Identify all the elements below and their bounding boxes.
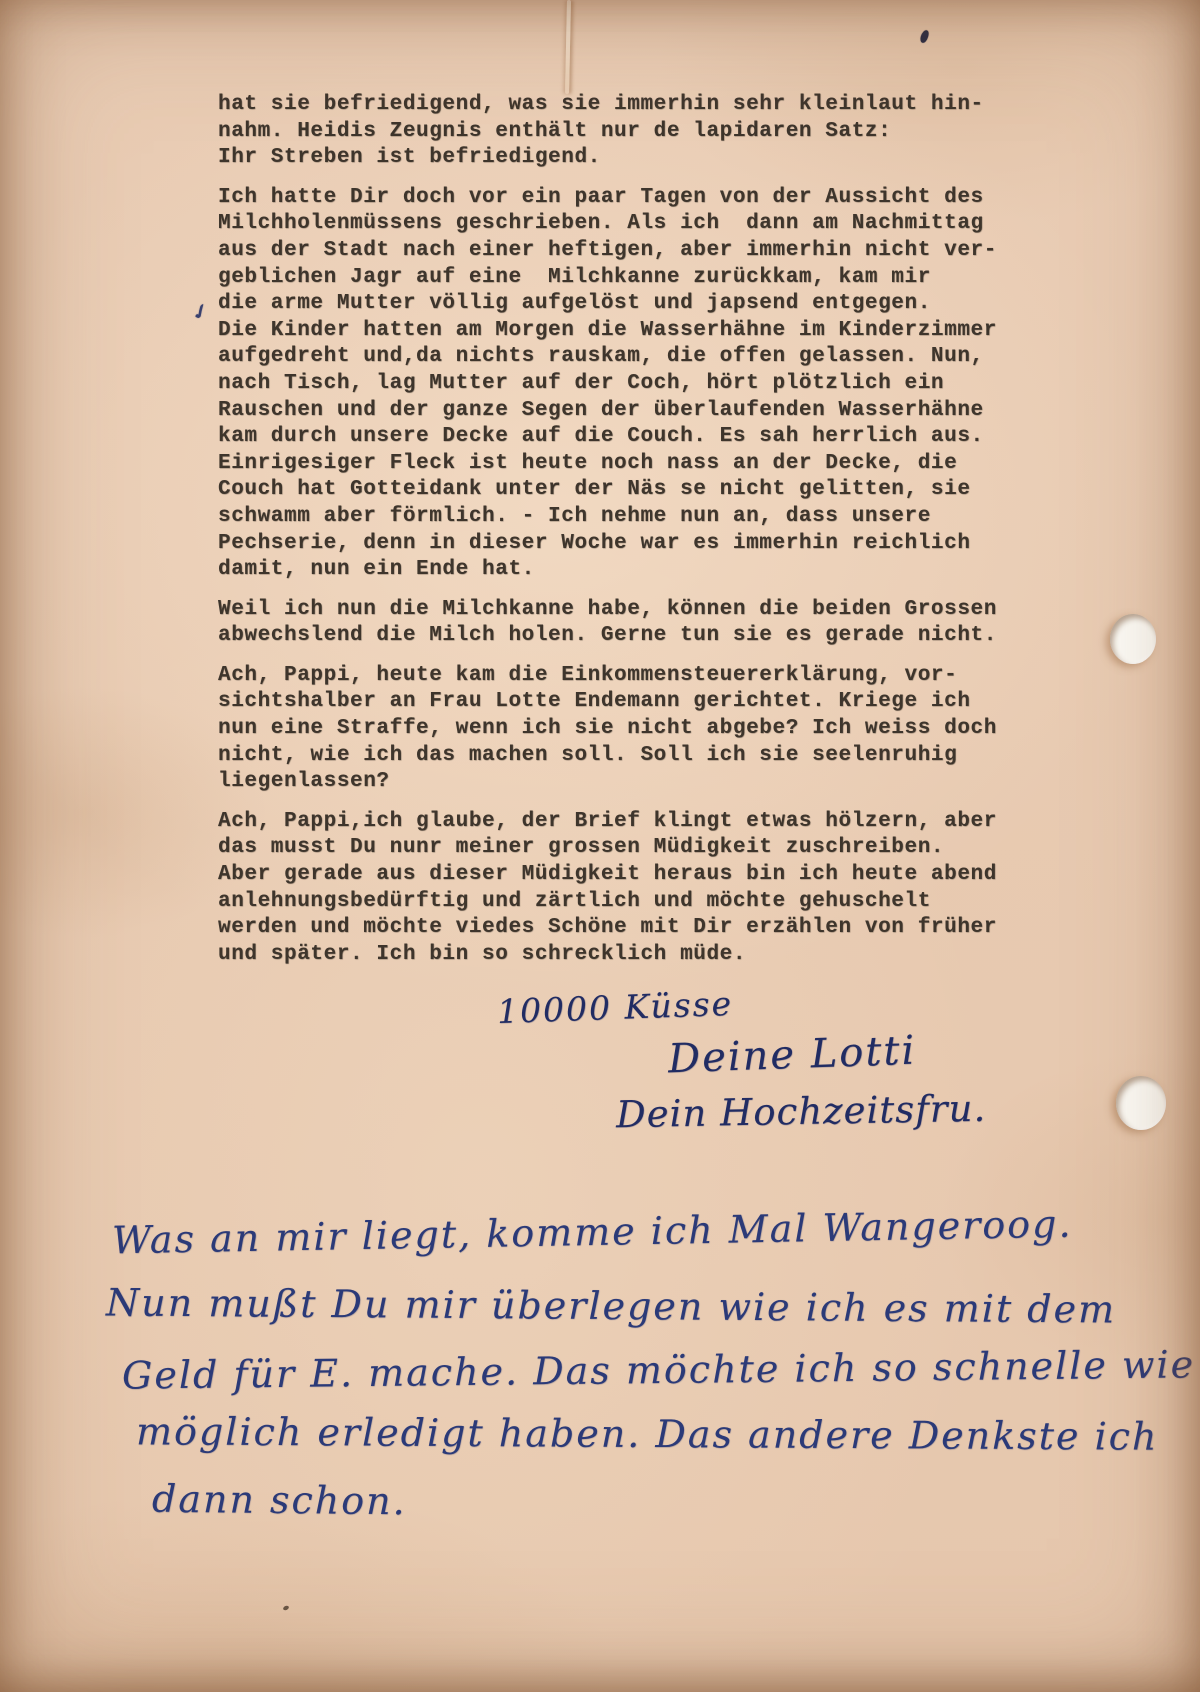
typed-line: damit, nun ein Ende hat. [218,557,1078,584]
typed-line: schwamm aber förmlich. - Ich nehme nun a… [218,504,1078,531]
typed-letter-body: hat sie befriedigend, was sie immerhin s… [218,92,1078,981]
typed-line: Milchholenmüssens geschrieben. Als ich d… [218,211,1078,238]
typed-line: werden und möchte viedes Schöne mit Dir … [218,915,1078,942]
typed-line: kam durch unsere Decke auf die Couch. Es… [218,424,1078,451]
typed-line: Einrigesiger Fleck ist heute noch nass a… [218,451,1078,478]
handwritten-kisses-line: 10000 Küsse [496,984,733,1031]
paper-crease [565,0,571,94]
typed-line: Ach, Pappi,ich glaube, der Brief klingt … [218,809,1078,836]
typed-line: nach Tisch, lag Mutter auf der Coch, hör… [218,371,1078,398]
handwritten-postscript-line: Was an mir liegt, komme ich Mal Wangeroo… [112,1202,1073,1263]
typed-paragraph-2: Ich hatte Dir doch vor ein paar Tagen vo… [218,185,1078,584]
handwritten-postscript-line: Nun mußt Du mir überlegen wie ich es mit… [106,1280,1116,1331]
typed-line: nahm. Heidis Zeugnis enthält nur de lapi… [218,119,1078,146]
typed-line: sichtshalber an Frau Lotte Endemann geri… [218,689,1078,716]
typed-paragraph-1: hat sie befriedigend, was sie immerhin s… [218,92,1078,172]
typed-line: geblichen Jagr auf eine Milchkanne zurüc… [218,265,1078,292]
typed-line: Aber gerade aus dieser Müdigkeit heraus … [218,862,1078,889]
typed-line: Ach, Pappi, heute kam die Einkommensteue… [218,663,1078,690]
typed-line: aus der Stadt nach einer heftigen, aber … [218,238,1078,265]
margin-check-mark: ✓ [187,298,215,326]
handwritten-signature-epithet: Dein Hochzeitsfru. [616,1087,987,1136]
ink-speck [282,1605,289,1611]
typed-paragraph-5: Ach, Pappi,ich glaube, der Brief klingt … [218,809,1078,969]
typed-line: anlehnungsbedürftig und zärtlich und möc… [218,889,1078,916]
typed-line: die arme Mutter völlig aufgelöst und jap… [218,291,1078,318]
punch-hole [1110,614,1156,664]
typed-line: nun eine Straffe, wenn ich sie nicht abg… [218,716,1078,743]
ink-speck [919,29,929,43]
typed-line: aufgedreht und,da nichts rauskam, die of… [218,344,1078,371]
handwritten-postscript-line: dann schon. [152,1477,407,1524]
typed-line: Ihr Streben ist befriedigend. [218,145,1078,172]
punch-hole [1116,1076,1166,1130]
typed-paragraph-4: Ach, Pappi, heute kam die Einkommensteue… [218,663,1078,796]
typed-line: hat sie befriedigend, was sie immerhin s… [218,92,1078,119]
typed-line: liegenlassen? [218,769,1078,796]
typed-line: Rauschen und der ganze Segen der überlau… [218,398,1078,425]
typed-line: und später. Ich bin so schrecklich müde. [218,942,1078,969]
typed-line: das musst Du nunr meiner grossen Müdigke… [218,835,1078,862]
typed-line: Ich hatte Dir doch vor ein paar Tagen vo… [218,185,1078,212]
typed-paragraph-3: Weil ich nun die Milchkanne habe, können… [218,597,1078,650]
scanned-letter-page: hat sie befriedigend, was sie immerhin s… [0,0,1200,1692]
handwritten-postscript-line: möglich erledigt haben. Das andere Denks… [136,1409,1159,1458]
typed-line: Pechserie, denn in dieser Woche war es i… [218,531,1078,558]
handwritten-postscript-line: Geld für E. mache. Das möchte ich so sch… [122,1342,1195,1397]
handwritten-signature-name: Deine Lotti [667,1028,917,1083]
typed-line: Weil ich nun die Milchkanne habe, können… [218,597,1078,624]
typed-line: nicht, wie ich das machen soll. Soll ich… [218,743,1078,770]
typed-line: abwechslend die Milch holen. Gerne tun s… [218,623,1078,650]
typed-line: Couch hat Gotteidank unter der Näs se ni… [218,477,1078,504]
typed-line: Die Kinder hatten am Morgen die Wasserhä… [218,318,1078,345]
